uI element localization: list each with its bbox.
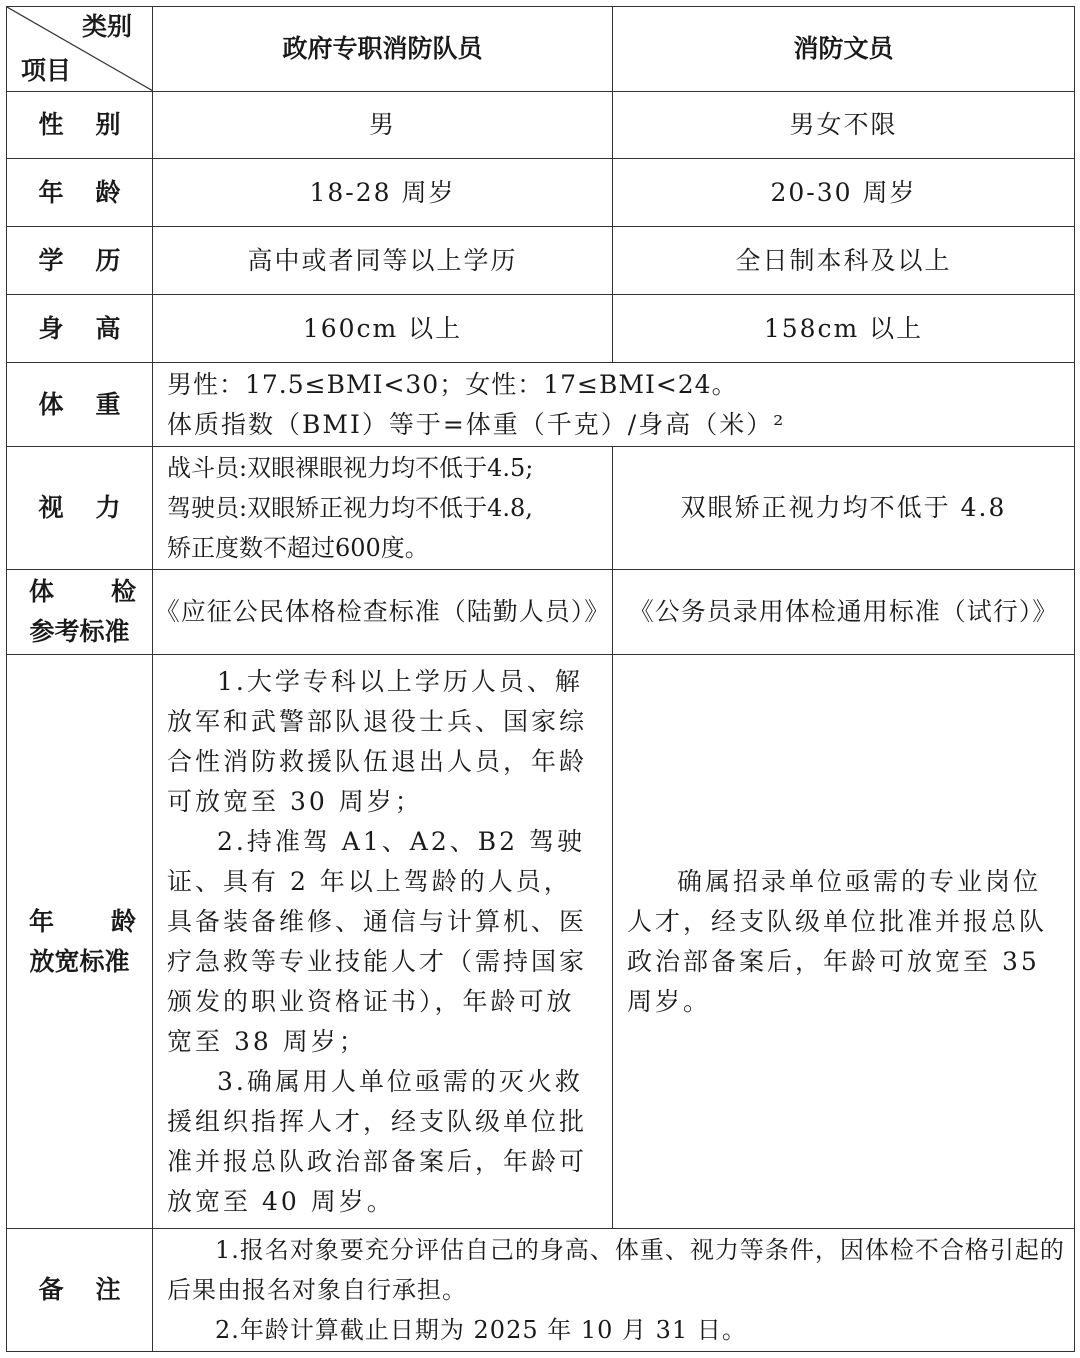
requirements-table: 类别 项目 政府专职消防队员 消防文员 性别 男 男女不限 年龄 18-28 周… <box>6 6 1075 1352</box>
cell-remarks: 1.报名对象要充分评估自己的身高、体重、视力等条件，因体检不合格引起的后果由报名… <box>153 1229 1075 1352</box>
vision-driver-text: 驾驶员:双眼矫正视力均不低于4.8, <box>167 488 604 528</box>
cell-age-relaxation-col1: 1.大学专科以上学历人员、解放军和武警部队退役士兵、国家综合性消防救援队伍退出人… <box>153 655 613 1229</box>
table-row-education: 学历 高中或者同等以上学历 全日制本科及以上 <box>7 227 1075 295</box>
cell-height-col2: 158cm 以上 <box>613 295 1075 363</box>
table-row-medical-standard: 体检 参考标准 《应征公民体格检查标准（陆勤人员）》 《公务员录用体检通用标准（… <box>7 570 1075 655</box>
row-label-education: 学历 <box>7 227 153 295</box>
table-row-age: 年龄 18-28 周岁 20-30 周岁 <box>7 159 1075 227</box>
bmi-range-text: 男性：17.5≤BMI<30；女性：17≤BMI<24。 <box>167 365 1066 405</box>
bmi-formula-text: 体质指数（BMI）等于=体重（千克）/身高（米）² <box>167 405 1066 445</box>
corner-bottom-label: 项目 <box>21 55 71 87</box>
age-relax-item-3: 3.确属用人单位亟需的灭火救援组织指挥人才，经支队级单位批准并报总队政治部备案后… <box>167 1062 598 1222</box>
cell-age-col2: 20-30 周岁 <box>613 159 1075 227</box>
column-header-civilian-staff: 消防文员 <box>613 7 1075 92</box>
row-label-remarks: 备注 <box>7 1229 153 1352</box>
table-row-vision: 视力 战斗员:双眼裸眼视力均不低于4.5; 驾驶员:双眼矫正视力均不低于4.8,… <box>7 447 1075 570</box>
table-row-age-relaxation: 年龄 放宽标准 1.大学专科以上学历人员、解放军和武警部队退役士兵、国家综合性消… <box>7 655 1075 1229</box>
cell-weight-bmi: 男性：17.5≤BMI<30；女性：17≤BMI<24。 体质指数（BMI）等于… <box>153 363 1075 447</box>
table-row-height: 身高 160cm 以上 158cm 以上 <box>7 295 1075 363</box>
remark-item-1: 1.报名对象要充分评估自己的身高、体重、视力等条件，因体检不合格引起的后果由报名… <box>167 1230 1066 1310</box>
table-row-remarks: 备注 1.报名对象要充分评估自己的身高、体重、视力等条件，因体检不合格引起的后果… <box>7 1229 1075 1352</box>
cell-vision-col2: 双眼矫正视力均不低于 4.8 <box>613 447 1075 570</box>
row-label-gender: 性别 <box>7 92 153 159</box>
table-row-gender: 性别 男 男女不限 <box>7 92 1075 159</box>
row-label-medical-standard: 体检 参考标准 <box>7 570 153 655</box>
corner-top-label: 类别 <box>82 11 132 43</box>
row-label-weight: 体重 <box>7 363 153 447</box>
age-relax-civilian-text: 确属招录单位亟需的专业岗位人才，经支队级单位批准并报总队政治部备案后，年龄可放宽… <box>627 862 1060 1022</box>
vision-combat-text: 战斗员:双眼裸眼视力均不低于4.5; <box>167 448 604 488</box>
age-relax-item-1: 1.大学专科以上学历人员、解放军和武警部队退役士兵、国家综合性消防救援队伍退出人… <box>167 662 598 822</box>
table-row-weight: 体重 男性：17.5≤BMI<30；女性：17≤BMI<24。 体质指数（BMI… <box>7 363 1075 447</box>
cell-education-col2: 全日制本科及以上 <box>613 227 1075 295</box>
cell-education-col1: 高中或者同等以上学历 <box>153 227 613 295</box>
row-label-height: 身高 <box>7 295 153 363</box>
cell-age-col1: 18-28 周岁 <box>153 159 613 227</box>
cell-gender-col2: 男女不限 <box>613 92 1075 159</box>
cell-medical-col1: 《应征公民体格检查标准（陆勤人员）》 <box>153 570 613 655</box>
header-row: 类别 项目 政府专职消防队员 消防文员 <box>7 7 1075 92</box>
row-label-age-relaxation: 年龄 放宽标准 <box>7 655 153 1229</box>
row-label-age: 年龄 <box>7 159 153 227</box>
row-label-vision: 视力 <box>7 447 153 570</box>
cell-gender-col1: 男 <box>153 92 613 159</box>
cell-age-relaxation-col2: 确属招录单位亟需的专业岗位人才，经支队级单位批准并报总队政治部备案后，年龄可放宽… <box>613 655 1075 1229</box>
cell-vision-col1: 战斗员:双眼裸眼视力均不低于4.5; 驾驶员:双眼矫正视力均不低于4.8, 矫正… <box>153 447 613 570</box>
vision-correction-text: 矫正度数不超过600度。 <box>167 528 604 568</box>
age-relax-item-2: 2.持准驾 A1、A2、B2 驾驶证、具有 2 年以上驾龄的人员，具备装备维修、… <box>167 822 598 1062</box>
cell-medical-col2: 《公务员录用体检通用标准（试行）》 <box>613 570 1075 655</box>
corner-cell: 类别 项目 <box>7 7 153 92</box>
column-header-firefighter: 政府专职消防队员 <box>153 7 613 92</box>
cell-height-col1: 160cm 以上 <box>153 295 613 363</box>
remark-item-2: 2.年龄计算截止日期为 2025 年 10 月 31 日。 <box>167 1310 1066 1350</box>
